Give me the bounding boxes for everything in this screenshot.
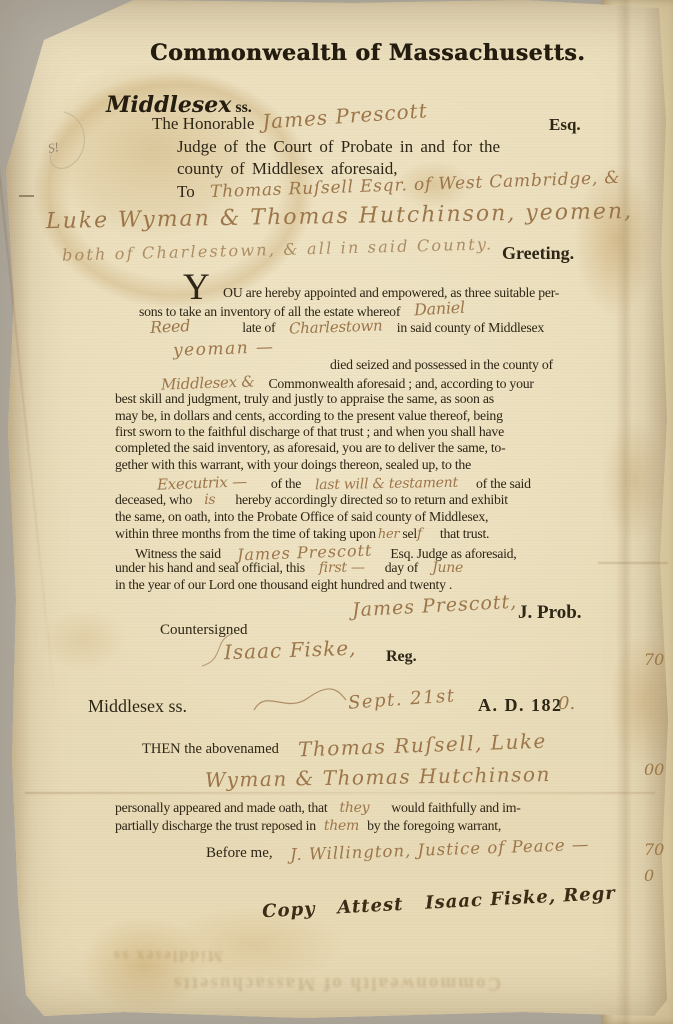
body-line-10: completed the said inventory, as aforesa… (115, 440, 505, 456)
body-line-4: yeoman — (173, 339, 275, 359)
oath-line-1: personally appeared and made oath, thatt… (115, 800, 521, 816)
they-handwritten: they (339, 800, 369, 816)
body-line-13b-text: hereby accordingly directed so to return… (235, 492, 507, 508)
body-line-18-text: in the year of our Lord one thousand eig… (115, 577, 452, 593)
late-of-label: late of (242, 320, 275, 336)
judge-line2: Judge of the Court of Probate in and for… (177, 137, 500, 157)
body-line-9: first sworn to the faithful discharge of… (115, 424, 504, 440)
decedent-town: Charlestown (289, 316, 383, 337)
dateline-flourish (252, 686, 348, 714)
body-line-15: within three months from the time of tak… (115, 526, 489, 542)
right-fold-shadow (616, 0, 632, 1024)
day-of-label: day of (385, 560, 418, 576)
last-will-handwritten: last will & testament (315, 475, 458, 493)
body-line-3: Reedlate ofCharlestownin said county of … (115, 317, 544, 336)
day-handwritten: first — (319, 560, 365, 576)
bleedthrough-middlesex: Middlesex ss (112, 946, 223, 964)
greeting-label: Greeting. (502, 243, 574, 264)
f-handwritten: f (417, 526, 422, 542)
register-signature: Isaac Fiske, (224, 636, 357, 665)
to-label: To (177, 182, 195, 202)
body-line-7-text: best skill and judgment, truly and justl… (115, 391, 494, 407)
body-line-5-text: died seized and possessed in the county … (330, 357, 553, 373)
body-line-11-text: gether with this warrant, with your doin… (115, 457, 471, 473)
executrix-handwritten: Executrix — (157, 472, 247, 493)
body-line-7: best skill and judgment, truly and justl… (115, 391, 494, 407)
bleedthrough-commonwealth: Commonwealth of Massachusetts (172, 972, 501, 994)
body-line-12: Executrix —of thelast will & testamentof… (115, 474, 531, 492)
of-the-label: of the (271, 476, 301, 492)
body-line-15a-text: within three months from the time of tak… (115, 526, 376, 542)
sel-text: sel (402, 526, 417, 542)
body-line-12-text: of the said (476, 476, 531, 492)
body-line-8: may be, in dollars and cents, according … (115, 408, 503, 424)
body-line-14: the same, on oath, into the Probate Offi… (115, 509, 488, 525)
body-line-10-text: completed the said inventory, as aforesa… (115, 440, 505, 456)
oath-line-2b-text: by the foregoing warrant, (367, 818, 501, 834)
body-line-6: Middlesex &Commonwealth aforesaid ; and,… (115, 374, 534, 392)
body-line-5: died seized and possessed in the county … (330, 357, 553, 373)
body-line-17: under his hand and seal official, thisfi… (115, 560, 463, 576)
oath-line-1b-text: would faithfully and im- (391, 800, 520, 816)
decedent-last-name: Reed (150, 316, 191, 337)
that-trust-text: that trust. (440, 526, 489, 542)
dateline-county: Middlesex ss. (88, 696, 187, 717)
scanned-document: S! Commonwealth of Massachusetts. Middle… (0, 0, 673, 1024)
edge-number-2: 00 (644, 760, 664, 779)
esq-label: Esq. (549, 115, 581, 135)
dateline-year-digit: 0. (558, 693, 575, 714)
is-handwritten: is (204, 492, 215, 508)
body-line-14-text: the same, on oath, into the Probate Offi… (115, 509, 488, 525)
oath-line-2: partially discharge the trust reposed in… (115, 818, 501, 834)
honorable-prefix: The Honorable (152, 114, 254, 134)
month-handwritten: June (432, 560, 463, 576)
them-handwritten: them (324, 818, 359, 834)
body-line-9-text: first sworn to the faithful discharge of… (115, 424, 504, 440)
horizontal-fold-crease (25, 792, 655, 794)
edge-number-3: 70 (644, 840, 664, 859)
body-line-11: gether with this warrant, with your doin… (115, 457, 471, 473)
pencil-dash (19, 195, 34, 197)
oath-line-1a-text: personally appeared and made oath, that (115, 800, 327, 816)
body-line-1: OU are hereby appointed and empowered, a… (223, 285, 559, 301)
edge-number-1: 70 (644, 650, 664, 669)
document-title: Commonwealth of Massachusetts. (150, 40, 570, 66)
register-title: Reg. (386, 648, 417, 666)
before-me-label: Before me, (206, 845, 273, 862)
then-line: THEN the abovenamed (142, 741, 279, 758)
oath-line-2a-text: partially discharge the trust reposed in (115, 818, 316, 834)
body-line-13: deceased, whoishereby accordingly direct… (115, 492, 508, 508)
body-line-18: in the year of our Lord one thousand eig… (115, 577, 452, 593)
body-line-13a-text: deceased, who (115, 492, 192, 508)
body-line-8-text: may be, in dollars and cents, according … (115, 408, 503, 424)
judge-title: J. Prob. (518, 602, 582, 624)
dateline-ad: A. D. 182 (478, 695, 563, 716)
decedent-occupation: yeoman — (173, 337, 275, 361)
body-line-1-text: OU are hereby appointed and empowered, a… (223, 285, 559, 301)
right-fold-crease (598, 562, 668, 564)
body-line-3-text: in said county of Middlesex (397, 320, 544, 336)
edge-number-4: 0 (644, 866, 654, 885)
body-line-6-text: Commonwealth aforesaid ; and, according … (268, 376, 533, 392)
body-line-17a-text: under his hand and seal official, this (115, 560, 305, 576)
her-handwritten: her (378, 527, 400, 542)
